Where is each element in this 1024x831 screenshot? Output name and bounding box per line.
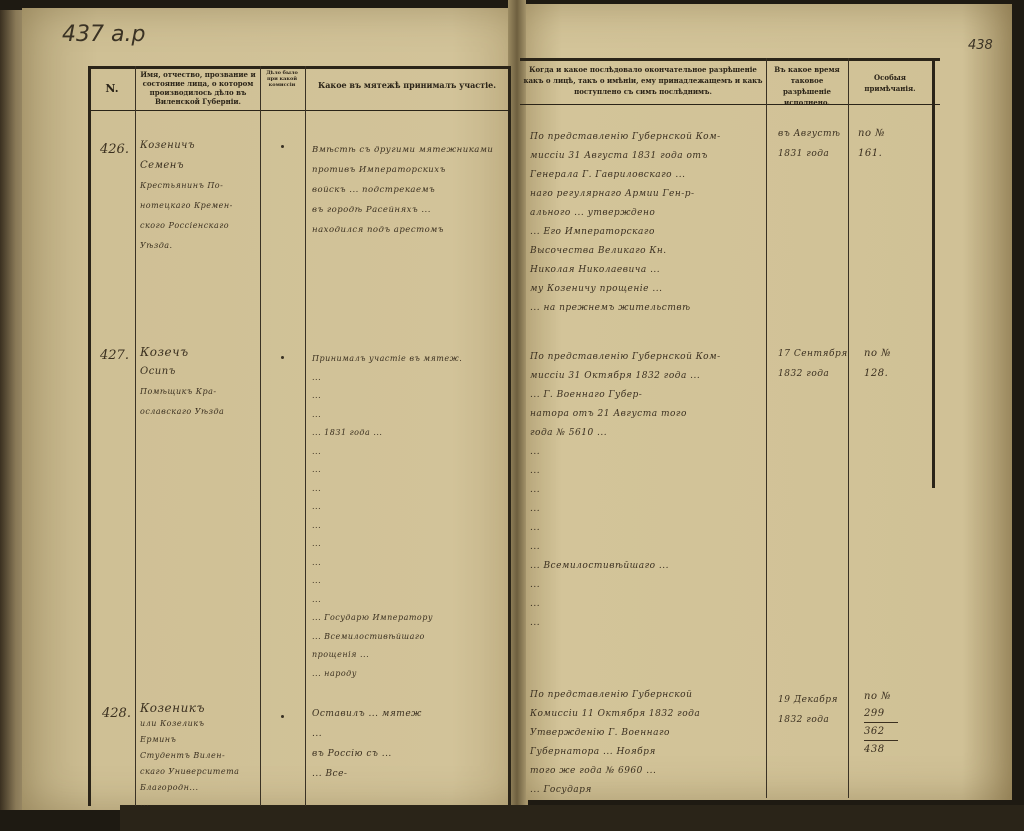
remarks-line: по № — [864, 688, 928, 705]
entry-number: 426. — [100, 142, 129, 157]
participation-line: противъ Императорскихъ — [312, 160, 506, 180]
remarks-line: по № — [858, 124, 928, 144]
execution-line: 17 Сентября — [778, 344, 848, 364]
entry-remarks: по № 299 362 438 — [864, 688, 928, 758]
column-rule — [932, 58, 935, 488]
participation-line: ... — [312, 480, 506, 499]
resolution-line: года № 5610 ... — [530, 424, 764, 443]
resolution-line: наго регулярнаго Армии Ген-р- — [530, 185, 764, 204]
name-line: Студентъ Вилен- — [140, 748, 258, 764]
remarks-line: по № — [864, 344, 928, 364]
remarks-line: 161. — [858, 144, 928, 164]
resolution-line: того же года № 6960 ... — [530, 762, 764, 781]
entry-name: Козеникъ или Козеликъ Ерминъ Студентъ Ви… — [140, 700, 258, 812]
entry-resolution: По представленію Губернской Комиссіи 11 … — [530, 686, 764, 800]
participation-line: Оставилъ ... мятеж — [312, 704, 506, 724]
name-line: Осипъ — [140, 362, 258, 382]
participation-line: ... — [312, 461, 506, 480]
name-line: Ерминъ — [140, 732, 258, 748]
resolution-line: Губернатора ... Ноября — [530, 743, 764, 762]
header-bottom-rule-right — [520, 104, 940, 105]
resolution-line: ... — [530, 462, 764, 481]
resolution-line: ... Его Императорскаго — [530, 223, 764, 242]
name-line: ославскаго Уѣзда — [140, 402, 258, 422]
column-rule — [848, 58, 849, 798]
participation-line: ... Всемилостивѣйшаго — [312, 628, 506, 647]
resolution-line: миссіи 31 Августа 1831 года отъ — [530, 147, 764, 166]
entry-participation: Вмѣстѣ съ другими мятежниками противъ Им… — [312, 140, 506, 240]
entry-remarks: по № 161. — [858, 124, 928, 164]
name-line: Козеникъ — [140, 700, 258, 716]
name-line: Уѣзда. — [140, 236, 258, 256]
participation-line: ... Государю Императору — [312, 609, 506, 628]
participation-line: ... — [312, 406, 506, 425]
participation-line: ... Все- — [312, 764, 506, 784]
resolution-line: миссіи 31 Октября 1832 года ... — [530, 367, 764, 386]
entry-name: Козеничъ Семенъ Крестьянинъ По- нотецкаг… — [140, 136, 258, 256]
execution-line: въ Августѣ — [778, 124, 848, 144]
participation-line: ... — [312, 535, 506, 554]
participation-line: ... — [312, 443, 506, 462]
name-line: или Козеликъ — [140, 716, 258, 732]
participation-line: ... — [312, 724, 506, 744]
resolution-line: Комиссіи 11 Октября 1832 года — [530, 705, 764, 724]
participation-line: ... — [312, 554, 506, 573]
entry-participation: Оставилъ ... мятеж ... въ Россію съ ... … — [312, 704, 506, 784]
remarks-line: 438 — [864, 741, 928, 758]
header-execution-time: Въ какое время таковое разрѣшеніе исполн… — [768, 64, 846, 108]
entry-execution-time: въ Августѣ 1831 года — [778, 124, 848, 164]
name-line: ... — [140, 796, 258, 812]
participation-line: ... — [312, 572, 506, 591]
execution-line: 19 Декабря — [778, 690, 848, 710]
resolution-line: му Козеничу прощеніе ... — [530, 280, 764, 299]
name-line: Благородн... — [140, 780, 258, 796]
entry-execution-time: 19 Декабря 1832 года — [778, 690, 848, 730]
header-remarks: Особыя примѣчанія. — [850, 72, 930, 94]
remarks-line: 299 — [864, 705, 898, 723]
name-line: скаго Университета — [140, 764, 258, 780]
participation-line: ... 1831 года ... — [312, 424, 506, 443]
resolution-line: ... — [530, 576, 764, 595]
entry-resolution: По представленію Губернской Ком- миссіи … — [530, 128, 764, 318]
participation-line: ... — [312, 387, 506, 406]
participation-line: въ городѣ Расейняхъ ... — [312, 200, 506, 220]
resolution-line: ... — [530, 538, 764, 557]
ink-dot — [281, 715, 284, 718]
header-participation: Какое въ мятежѣ принималъ участіе. — [308, 80, 506, 90]
participation-line: ... — [312, 591, 506, 610]
column-rule — [88, 66, 91, 806]
archive-number: 437 a.p — [62, 22, 145, 47]
resolution-line: ... Государя — [530, 781, 764, 800]
remarks-line: 362 — [864, 723, 898, 741]
header-top-rule-right — [520, 58, 940, 61]
entry-resolution: По представленію Губернской Ком- миссіи … — [530, 348, 764, 633]
participation-line: ... — [312, 498, 506, 517]
column-rule — [766, 58, 767, 798]
resolution-line: Генерала Г. Гавриловскаго ... — [530, 166, 764, 185]
participation-line: ... — [312, 517, 506, 536]
participation-line: находился подъ арестомъ — [312, 220, 506, 240]
folio-number: 438 — [968, 38, 993, 53]
column-rule — [508, 66, 511, 806]
header-name: Имя, отчество, прозвание и состояние лиц… — [138, 70, 258, 106]
name-line: Козечъ — [140, 342, 258, 362]
execution-line: 1832 года — [778, 710, 848, 730]
name-line: нотецкаго Кремен- — [140, 196, 258, 216]
participation-line: прощенія ... — [312, 646, 506, 665]
ink-dot — [281, 356, 284, 359]
resolution-line: ... — [530, 595, 764, 614]
resolution-line: ... — [530, 519, 764, 538]
participation-line: ... — [312, 369, 506, 388]
resolution-line: По представленію Губернской Ком- — [530, 128, 764, 147]
participation-line: ... народу — [312, 665, 506, 684]
resolution-line: ... — [530, 500, 764, 519]
resolution-line: Утвержденію Г. Военнаго — [530, 724, 764, 743]
resolution-line: По представленію Губернской — [530, 686, 764, 705]
resolution-line: ... Г. Военнаго Губер- — [530, 386, 764, 405]
header-top-rule-left — [88, 66, 510, 69]
resolution-line: Николая Николаевича ... — [530, 261, 764, 280]
execution-line: 1831 года — [778, 144, 848, 164]
header-bottom-rule-left — [88, 110, 510, 111]
ink-dot — [281, 145, 284, 148]
header-case-period: Дѣло было при какой комиссіи — [262, 70, 302, 88]
name-line: Семенъ — [140, 156, 258, 176]
name-line: Козеничъ — [140, 136, 258, 156]
participation-line: войскъ ... подстрекаемъ — [312, 180, 506, 200]
entry-number: 428. — [102, 706, 131, 721]
execution-line: 1832 года — [778, 364, 848, 384]
entry-name: Козечъ Осипъ Помѣщикъ Кра- ославскаго Уѣ… — [140, 342, 258, 422]
resolution-line: ... — [530, 614, 764, 633]
resolution-line: ального ... утверждено — [530, 204, 764, 223]
column-rule — [135, 66, 136, 806]
participation-line: Вмѣстѣ съ другими мятежниками — [312, 140, 506, 160]
participation-line: въ Россію съ ... — [312, 744, 506, 764]
resolution-line: натора отъ 21 Августа того — [530, 405, 764, 424]
entry-execution-time: 17 Сентября 1832 года — [778, 344, 848, 384]
name-line: Помѣщикъ Кра- — [140, 382, 258, 402]
resolution-line: ... Всемилостивѣйшаго ... — [530, 557, 764, 576]
remarks-line: 128. — [864, 364, 928, 384]
column-rule — [305, 66, 306, 806]
resolution-line: ... — [530, 481, 764, 500]
entry-remarks: по № 128. — [864, 344, 928, 384]
entry-number: 427. — [100, 348, 129, 363]
name-line: ского Россіенскаго — [140, 216, 258, 236]
participation-line: Принималъ участіе въ мятеж. — [312, 350, 506, 369]
header-resolution: Когда и какое послѣдовало окончательное … — [522, 64, 764, 97]
entry-participation: Принималъ участіе въ мятеж. ... ... ... … — [312, 350, 506, 683]
column-rule — [260, 66, 261, 806]
header-number: N. — [92, 84, 132, 94]
resolution-line: ... — [530, 443, 764, 462]
resolution-line: Высочества Великаго Кн. — [530, 242, 764, 261]
name-line: Крестьянинъ По- — [140, 176, 258, 196]
resolution-line: ... на прежнемъ жительствѣ — [530, 299, 764, 318]
resolution-line: По представленію Губернской Ком- — [530, 348, 764, 367]
